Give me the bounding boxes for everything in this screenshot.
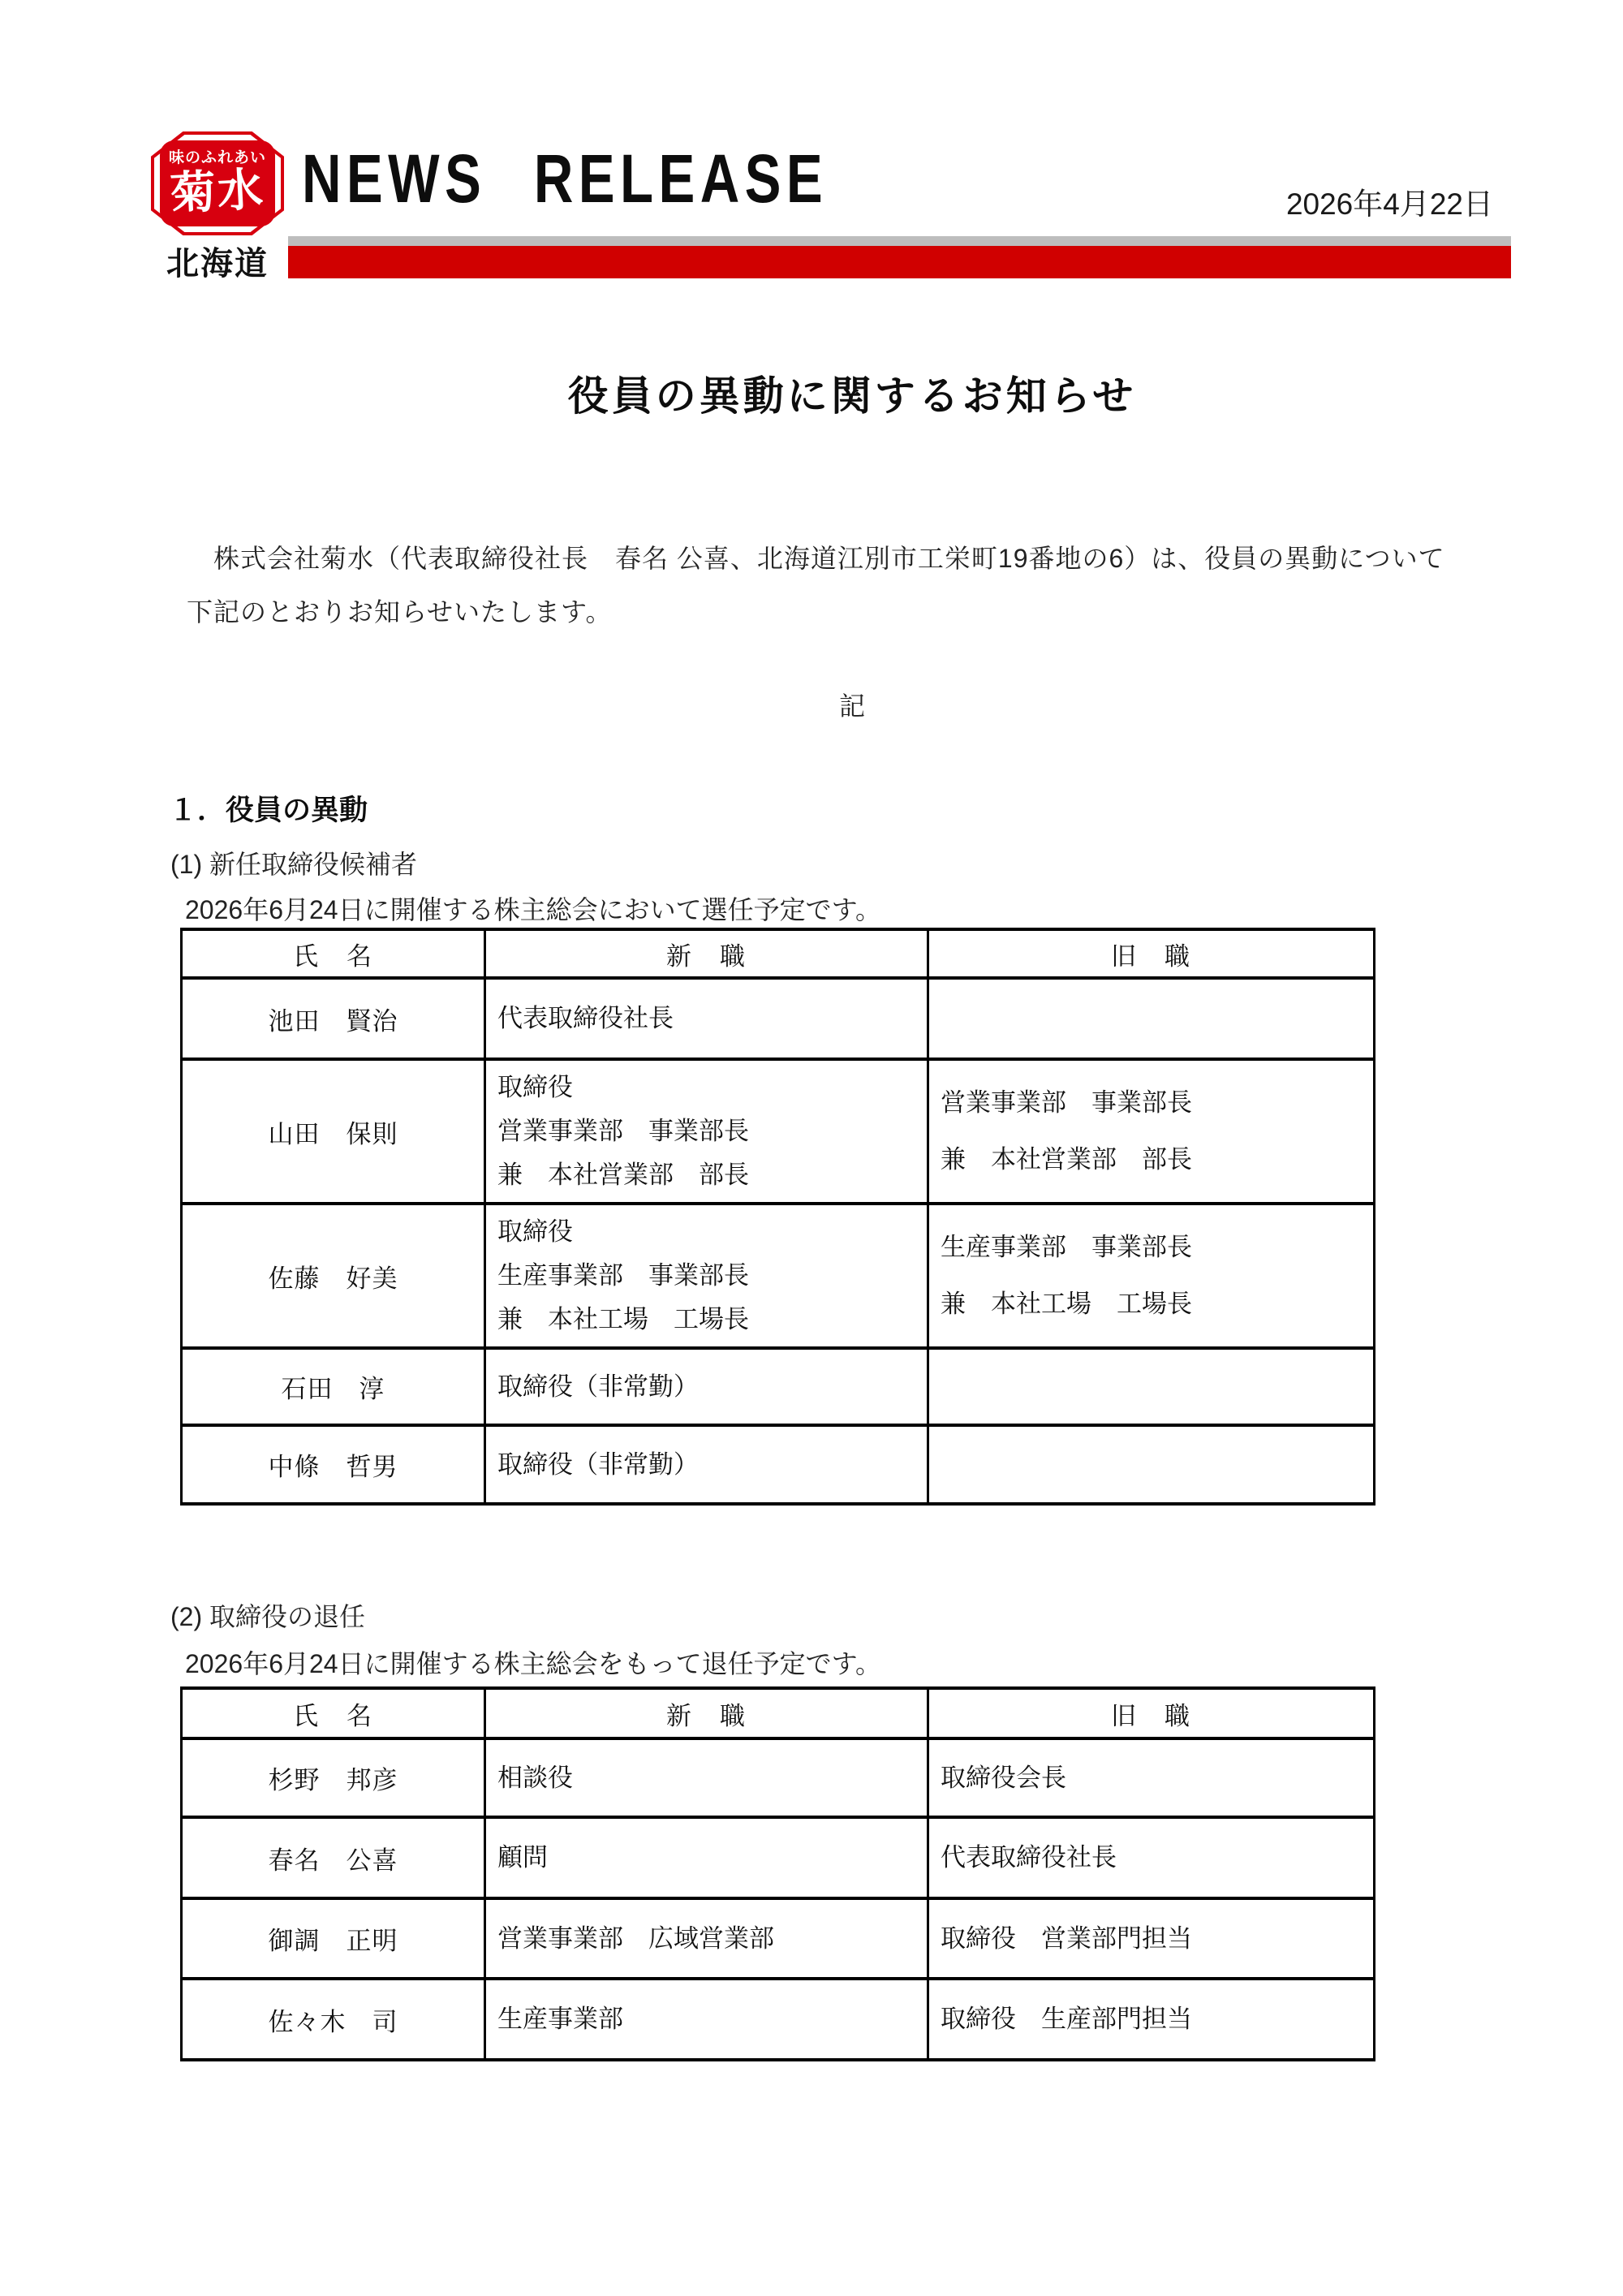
- column-header-old-position: 旧 職: [928, 1688, 1375, 1738]
- cell-old-position: 生産事業部 事業部長 兼 本社工場 工場長: [928, 1204, 1375, 1348]
- cell-name: 佐藤 好美: [182, 1204, 485, 1348]
- cell-name: 佐々木 司: [182, 1979, 485, 2060]
- cell-old-position: 取締役 営業部門担当: [928, 1898, 1375, 1979]
- section2-note: 2026年6月24日に開催する株主総会をもって退任予定です。: [185, 1643, 881, 1681]
- table-row: 石田 淳 取締役（非常勤）: [182, 1348, 1375, 1425]
- cell-new-position: 相談役: [485, 1738, 928, 1817]
- cell-old-position: 取締役 生産部門担当: [928, 1979, 1375, 2060]
- section1-note: 2026年6月24日に開催する株主総会において選任予定です。: [185, 890, 881, 927]
- logo-red-seal: 味のふれあい 菊水: [160, 140, 275, 226]
- column-header-old-position: 旧 職: [928, 929, 1375, 978]
- section1-heading: １．役員の異動: [169, 788, 368, 829]
- cell-new-position: 営業事業部 広域営業部: [485, 1898, 928, 1979]
- cell-name: 山田 保則: [182, 1059, 485, 1204]
- cell-name: 石田 淳: [182, 1348, 485, 1425]
- cell-name: 御調 正明: [182, 1898, 485, 1979]
- table-row: 山田 保則 取締役 営業事業部 事業部長 兼 本社営業部 部長 営業事業部 事業…: [182, 1059, 1375, 1204]
- table-row: 杉野 邦彦 相談役 取締役会長: [182, 1738, 1375, 1817]
- news-release-page: 味のふれあい 菊水 北海道 NEWS RELEASE 2026年4月22日 役員…: [0, 0, 1623, 2296]
- cell-old-position: [928, 1425, 1375, 1504]
- cell-old-position: 取締役会長: [928, 1738, 1375, 1817]
- table-header-row: 氏 名 新 職 旧 職: [182, 1688, 1375, 1738]
- new-directors-table: 氏 名 新 職 旧 職 池田 賢治 代表取締役社長 山田 保則 取締役 営業事業…: [180, 928, 1375, 1506]
- body-paragraph-line1: 株式会社菊水（代表取締役社長 春名 公喜、北海道江別市工栄町19番地の6）は、役…: [187, 538, 1445, 575]
- page-title: 役員の異動に関するお知らせ: [180, 364, 1524, 422]
- ki-marker: 記: [180, 686, 1524, 723]
- cell-new-position: 取締役 生産事業部 事業部長 兼 本社工場 工場長: [485, 1204, 928, 1348]
- table-header-row: 氏 名 新 職 旧 職: [182, 929, 1375, 978]
- column-header-new-position: 新 職: [485, 929, 928, 978]
- cell-old-position: [928, 1348, 1375, 1425]
- table-row: 中條 哲男 取締役（非常勤）: [182, 1425, 1375, 1504]
- table-row: 池田 賢治 代表取締役社長: [182, 978, 1375, 1059]
- table-row: 春名 公喜 顧問 代表取締役社長: [182, 1817, 1375, 1898]
- logo-region-text: 北海道: [151, 238, 284, 284]
- table-row: 御調 正明 営業事業部 広域営業部 取締役 営業部門担当: [182, 1898, 1375, 1979]
- section2-sub-heading: (2) 取締役の退任: [170, 1596, 365, 1634]
- cell-new-position: 代表取締役社長: [485, 978, 928, 1059]
- red-accent-bar: [288, 246, 1511, 278]
- cell-old-position: 代表取締役社長: [928, 1817, 1375, 1898]
- cell-name: 杉野 邦彦: [182, 1738, 485, 1817]
- cell-new-position: 取締役（非常勤）: [485, 1425, 928, 1504]
- column-header-name: 氏 名: [182, 929, 485, 978]
- kikusui-logo: 味のふれあい 菊水: [151, 131, 284, 235]
- cell-old-position: 営業事業部 事業部長 兼 本社営業部 部長: [928, 1059, 1375, 1204]
- cell-name: 中條 哲男: [182, 1425, 485, 1504]
- column-header-name: 氏 名: [182, 1688, 485, 1738]
- cell-new-position: 顧問: [485, 1817, 928, 1898]
- section1-sub-heading: (1) 新任取締役候補者: [170, 844, 417, 881]
- cell-name: 春名 公喜: [182, 1817, 485, 1898]
- cell-old-position: [928, 978, 1375, 1059]
- cell-new-position: 生産事業部: [485, 1979, 928, 2060]
- column-header-new-position: 新 職: [485, 1688, 928, 1738]
- body-paragraph-line2: 下記のとおりお知らせいたします。: [187, 592, 612, 629]
- table-row: 佐藤 好美 取締役 生産事業部 事業部長 兼 本社工場 工場長 生産事業部 事業…: [182, 1204, 1375, 1348]
- news-release-heading: NEWS RELEASE: [302, 144, 828, 213]
- logo-brand-text: 菊水: [169, 166, 265, 221]
- cell-name: 池田 賢治: [182, 978, 485, 1059]
- cell-new-position: 取締役 営業事業部 事業部長 兼 本社営業部 部長: [485, 1059, 928, 1204]
- table-row: 佐々木 司 生産事業部 取締役 生産部門担当: [182, 1979, 1375, 2060]
- gray-accent-bar: [288, 236, 1511, 246]
- release-date: 2026年4月22日: [1286, 179, 1493, 223]
- cell-new-position: 取締役（非常勤）: [485, 1348, 928, 1425]
- retiring-directors-table: 氏 名 新 職 旧 職 杉野 邦彦 相談役 取締役会長 春名 公喜 顧問 代表取…: [180, 1686, 1375, 2061]
